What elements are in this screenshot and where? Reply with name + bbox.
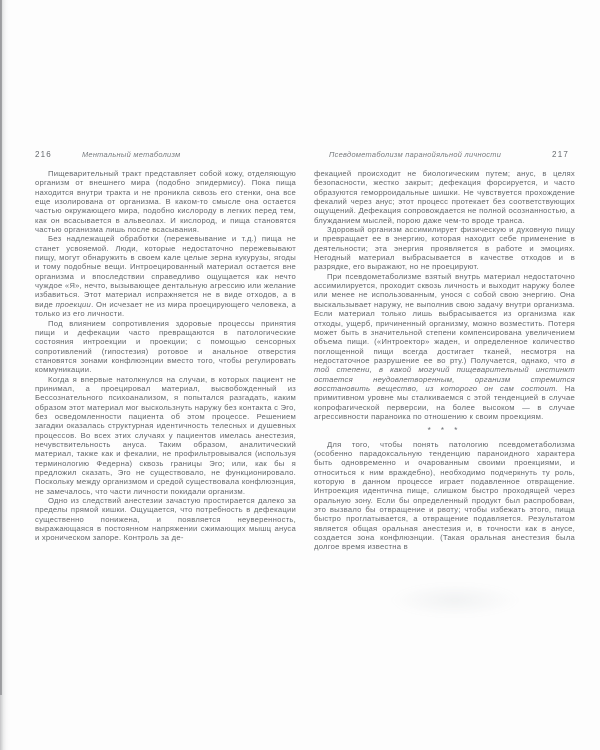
running-title-right: Псевдометаболизм паранойяльной личности — [329, 150, 501, 160]
body-text-right: фекацией происходит не биологическим пут… — [314, 169, 575, 577]
text-run: Без надлежащей обработки (пережевывание … — [35, 234, 296, 308]
text-run: Здоровый организм ассимилирует физическу… — [314, 225, 575, 271]
paragraph: Здоровый организм ассимилирует физическу… — [314, 225, 575, 272]
text-run: Когда я впервые натолкнулся на случаи, в… — [35, 375, 296, 496]
text-run: Для того, чтобы понять патологию псевдом… — [314, 440, 575, 552]
paragraph: Без надлежащей обработки (пережевывание … — [35, 234, 296, 318]
scan-left-edge-line — [0, 0, 2, 695]
paragraph: При псевдометаболизме взятый внутрь мате… — [314, 272, 575, 422]
running-head-left: 216 Ментальный метаболизм — [35, 150, 296, 160]
paragraph: фекацией происходит не биологическим пут… — [314, 169, 575, 225]
text-run: Под влиянием сопротивления здоровые проц… — [35, 319, 296, 375]
text-run: Пищеварительный тракт представляет собой… — [35, 169, 296, 234]
emphasis-text: проекции — [56, 300, 91, 309]
body-text-left: Пищеварительный тракт представляет собой… — [35, 169, 296, 577]
text-run: Одно из следствий анестезии зачастую про… — [35, 496, 296, 542]
section-separator: * * * — [314, 421, 575, 439]
running-head-right: Псевдометаболизм паранойяльной личности … — [314, 150, 575, 160]
text-run: фекацией происходит не биологическим пут… — [314, 169, 575, 225]
text-run: При псевдометаболизме взятый внутрь мате… — [314, 272, 575, 365]
page-left: 216 Ментальный метаболизм Пищеварительны… — [35, 150, 296, 577]
running-title-left: Ментальный метаболизм — [82, 150, 181, 160]
paragraph: Для того, чтобы понять патологию псевдом… — [314, 440, 575, 552]
page-right: Псевдометаболизм паранойяльной личности … — [314, 150, 575, 577]
paragraph: Когда я впервые натолкнулся на случаи, в… — [35, 375, 296, 496]
paragraph: Под влиянием сопротивления здоровые проц… — [35, 319, 296, 375]
paragraph: Одно из следствий анестезии зачастую про… — [35, 496, 296, 543]
page-number-right: 217 — [552, 150, 569, 160]
scanned-book-spread: { "colors": { "paper": "#fdfdfd", "ink":… — [0, 0, 600, 750]
scan-left-edge-shadow — [0, 0, 10, 750]
page-number-left: 216 — [35, 150, 52, 160]
paragraph: Пищеварительный тракт представляет собой… — [35, 169, 296, 234]
scan-smudge-artifact — [390, 583, 520, 617]
